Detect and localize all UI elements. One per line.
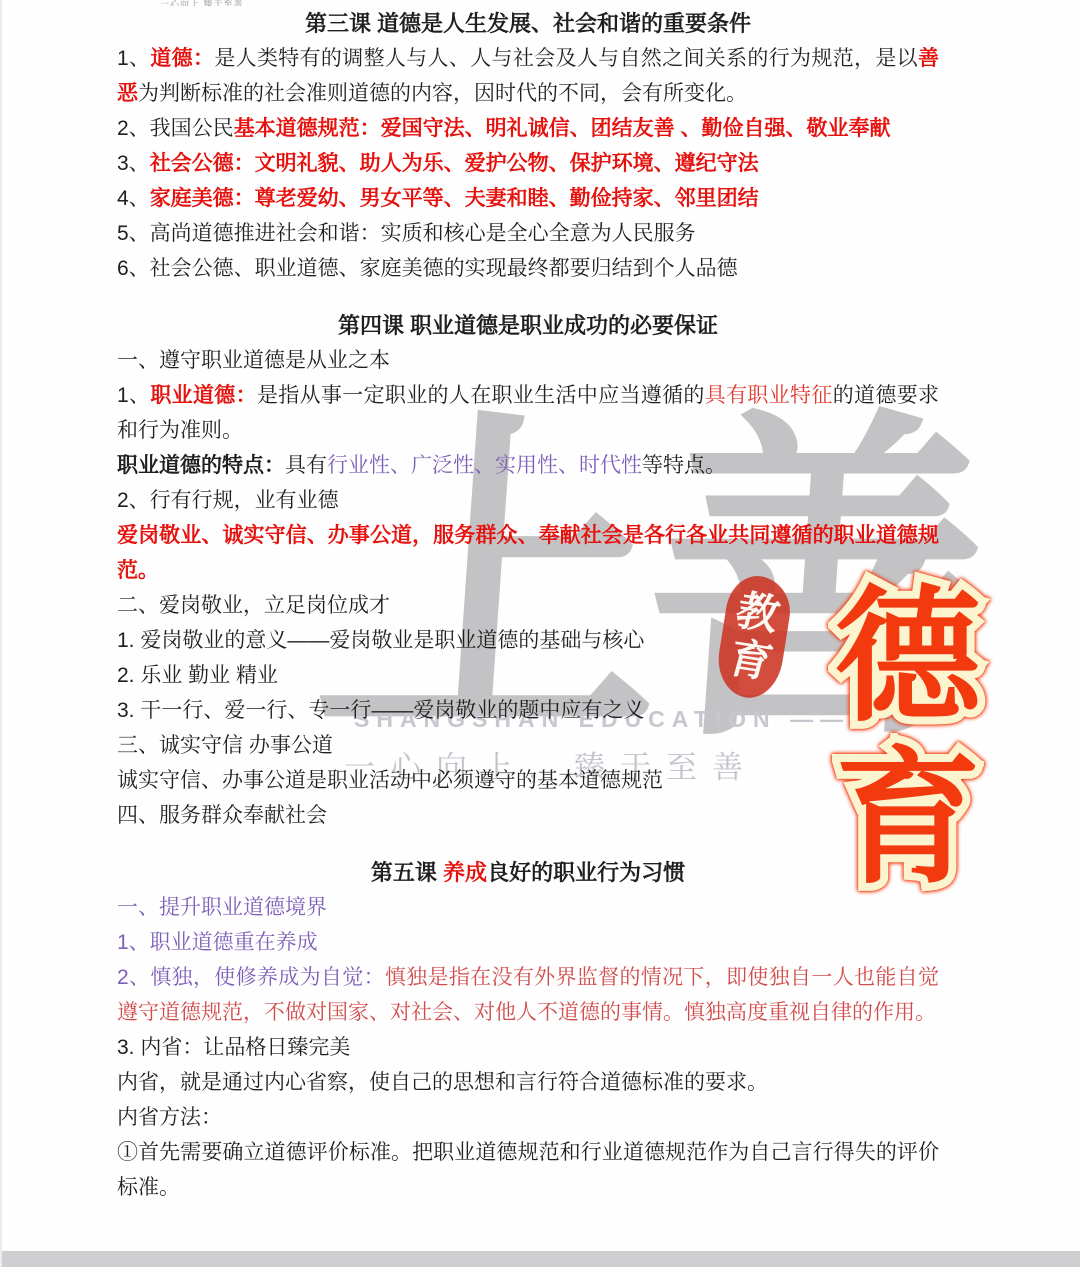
text-run: 内省，就是通过内心省察，使自己的思想和言行符合道德标准的要求。 — [117, 1071, 768, 1094]
text-run: 一、遵守职业道德是从业之本 — [117, 349, 390, 372]
text-run: 具有职业特征 — [705, 384, 833, 407]
section-title-3: 第五课 养成良好的职业行为习惯 — [117, 855, 939, 890]
text-run: 1、 — [117, 384, 150, 407]
paragraph: 1、道德：是人类特有的调整人与人、人与社会及人与自然之间关系的行为规范，是以善恶… — [117, 41, 939, 111]
text-run: 3、 — [117, 152, 150, 175]
text-run: 6、社会公德、职业道德、家庭美德的实现最终都要归结到个人品德 — [117, 257, 738, 280]
section-title-2: 第四课 职业道德是职业成功的必要保证 — [117, 308, 939, 343]
paragraph: 一、提升职业道德境界 — [117, 890, 939, 925]
paragraph: 诚实守信、办事公道是职业活动中必须遵守的基本道德规范 — [117, 763, 939, 798]
text-run: 等特点。 — [642, 454, 726, 477]
deyu-sticker: 德 德 育 育 — [828, 578, 988, 902]
text-run: 1. 爱岗敬业的意义——爱岗敬业是职业道德的基础与核心 — [117, 629, 644, 652]
text-run: 是指从事一定职业的人在职业生活中应当遵循的 — [257, 384, 705, 407]
paragraph: 3. 内省：让品格日臻完美 — [117, 1030, 939, 1065]
text-run: 4、 — [117, 187, 150, 210]
text-run: 2、慎独，使修养成为自觉： — [117, 966, 385, 989]
text-run: 具有 — [285, 454, 327, 477]
text-run: 家庭美德：尊老爱幼、男女平等、夫妻和睦、勤俭持家、邻里团结 — [150, 187, 759, 210]
text-run: 3. 内省：让品格日臻完美 — [117, 1036, 350, 1059]
paragraph: 1. 爱岗敬业的意义——爱岗敬业是职业道德的基础与核心 — [117, 623, 939, 658]
text-run: 是人类特有的调整人与人、人与社会及人与自然之间关系的行为规范，是以 — [214, 47, 918, 70]
sticker-char-de-fill: 德 — [828, 578, 988, 736]
text-run: 1、职业道德重在养成 — [117, 931, 318, 954]
text-run: 道德： — [150, 47, 214, 70]
sticker-char-yu-fill: 育 — [828, 740, 988, 898]
text-run: 第三课 道德是人生发展、社会和谐的重要条件 — [305, 11, 751, 36]
paragraph: 内省方法： — [117, 1100, 939, 1135]
document-page: 上善 教 育 SHANGSHAN EDUCATION —— 一心向上，臻于至善 … — [0, 0, 1080, 1267]
sticker-char-yu: 育 育 — [828, 740, 988, 902]
paragraph: ①首先需要确立道德评价标准。把职业道德规范和行业道德规范作为自己言行得失的评价标… — [117, 1135, 939, 1205]
paragraph: 3、社会公德：文明礼貌、助人为乐、爱护公物、保护环境、遵纪守法 — [117, 146, 939, 181]
text-run: 第五课 — [371, 860, 443, 885]
paragraph: 内省，就是通过内心省察，使自己的思想和言行符合道德标准的要求。 — [117, 1065, 939, 1100]
paragraph: 2、慎独，使修养成为自觉：慎独是指在没有外界监督的情况下，即使独自一人也能自觉遵… — [117, 960, 939, 1030]
text-run: 为判断标准的社会准则道德的内容，因时代的不同，会有所变化。 — [138, 82, 747, 105]
text-run: 职业道德的特点： — [117, 454, 285, 477]
text-run: 2. 乐业 勤业 精业 — [117, 664, 278, 687]
text-run: 爱岗敬业、诚实守信、办事公道，服务群众、奉献社会是各行各业共同遵循的职业道德规范… — [117, 524, 939, 582]
text-run: 二、爱岗敬业，立足岗位成才 — [117, 594, 390, 617]
paragraph: 3. 干一行、爱一行、专一行——爱岗敬业的题中应有之义 — [117, 693, 939, 728]
text-run: 1、 — [117, 47, 150, 70]
paragraph: 职业道德的特点：具有行业性、广泛性、实用性、时代性等特点。 — [117, 448, 939, 483]
text-run: 内省方法： — [117, 1106, 222, 1129]
text-run: 社会公德：文明礼貌、助人为乐、爱护公物、保护环境、遵纪守法 — [150, 152, 759, 175]
paragraph: 2、我国公民基本道德规范：爱国守法、明礼诚信、团结友善 、勤俭自强、敬业奉献 — [117, 111, 939, 146]
text-run: 5、高尚道德推进社会和谐：实质和核心是全心全意为人民服务 — [117, 222, 696, 245]
paragraph: 2. 乐业 勤业 精业 — [117, 658, 939, 693]
paragraph: 1、职业道德重在养成 — [117, 925, 939, 960]
text-run: 一、提升职业道德境界 — [117, 896, 327, 919]
text-run: 诚实守信、办事公道是职业活动中必须遵守的基本道德规范 — [117, 769, 663, 792]
sticker-char-de: 德 德 — [828, 578, 988, 740]
paragraph: 6、社会公德、职业道德、家庭美德的实现最终都要归结到个人品德 — [117, 251, 939, 286]
paragraph: 爱岗敬业、诚实守信、办事公道，服务群众、奉献社会是各行各业共同遵循的职业道德规范… — [117, 518, 939, 588]
section-title-1: 第三课 道德是人生发展、社会和谐的重要条件 — [117, 6, 939, 41]
text-run: 2、行有行规，业有业德 — [117, 489, 339, 512]
paragraph: 5、高尚道德推进社会和谐：实质和核心是全心全意为人民服务 — [117, 216, 939, 251]
paragraph: 一、遵守职业道德是从业之本 — [117, 343, 939, 378]
text-run: 三、诚实守信 办事公道 — [117, 734, 333, 757]
text-run: 良好的职业行为习惯 — [487, 860, 685, 885]
text-run: 基本道德规范：爱国守法、明礼诚信、团结友善 、勤俭自强、敬业奉献 — [234, 117, 891, 140]
text-run: 养成 — [443, 860, 487, 885]
text-run: 2、我国公民 — [117, 117, 234, 140]
text-run: 行业性、广泛性、实用性、时代性 — [327, 454, 642, 477]
text-run: ①首先需要确立道德评价标准。把职业道德规范和行业道德规范作为自己言行得失的评价标… — [117, 1141, 939, 1199]
text-run: 四、服务群众奉献社会 — [117, 804, 327, 827]
bottom-gray-bar — [2, 1251, 1080, 1267]
document-body: 第三课 道德是人生发展、社会和谐的重要条件1、道德：是人类特有的调整人与人、人与… — [117, 0, 939, 1205]
text-run: 职业道德： — [150, 384, 257, 407]
paragraph: 4、家庭美德：尊老爱幼、男女平等、夫妻和睦、勤俭持家、邻里团结 — [117, 181, 939, 216]
paragraph: 三、诚实守信 办事公道 — [117, 728, 939, 763]
paragraph: 二、爱岗敬业，立足岗位成才 — [117, 588, 939, 623]
paragraph: 四、服务群众奉献社会 — [117, 798, 939, 833]
paragraph: 1、职业道德：是指从事一定职业的人在职业生活中应当遵循的具有职业特征的道德要求和… — [117, 378, 939, 448]
text-run: 第四课 职业道德是职业成功的必要保证 — [338, 313, 718, 338]
paragraph: 2、行有行规，业有业德 — [117, 483, 939, 518]
text-run: 3. 干一行、爱一行、专一行——爱岗敬业的题中应有之义 — [117, 699, 644, 722]
